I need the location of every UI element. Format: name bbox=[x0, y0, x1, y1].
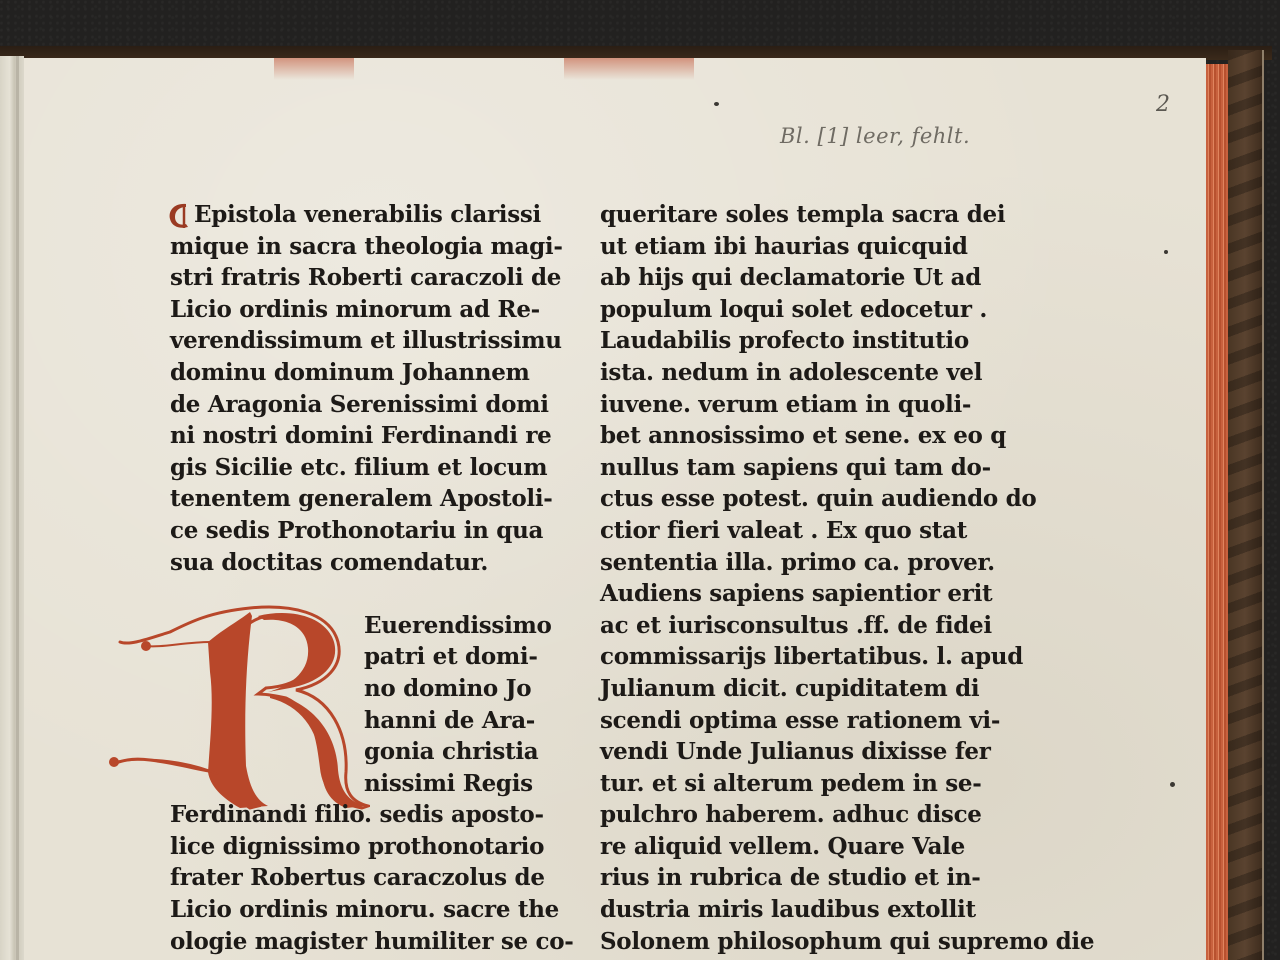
body-line: Audiens sapiens sapientior erit bbox=[600, 578, 1094, 610]
body-line: rius in rubrica de studio et in- bbox=[600, 862, 1094, 894]
body-line: lice dignissimo prothonotario bbox=[170, 831, 574, 863]
body-line: ctus esse potest. quin audiendo do bbox=[600, 483, 1094, 515]
body-line: frater Robertus caraczolus de bbox=[170, 862, 574, 894]
body-line: ctior fieri valeat . Ex quo stat bbox=[600, 515, 1094, 547]
body-line: bet annosissimo et sene. ex eo q bbox=[600, 420, 1094, 452]
heading-line: gis Sicilie etc. filium et locum bbox=[170, 452, 574, 484]
document-photo: 2 Bl. [1] leer, fehlt. Epistola venerabi… bbox=[0, 0, 1280, 960]
body-line: ista. nedum in adolescente vel bbox=[600, 357, 1094, 389]
ink-speck bbox=[714, 102, 719, 106]
body-line: sententia illa. primo ca. prover. bbox=[600, 547, 1094, 579]
heading-line: tenentem generalem Apostoli- bbox=[170, 483, 574, 515]
body-line: dustria miris laudibus extollit bbox=[600, 894, 1094, 926]
facing-page-edge bbox=[0, 56, 24, 960]
body-line: hanni de Ara- bbox=[170, 705, 574, 737]
right-text-column: queritare soles templa sacra dei ut etia… bbox=[600, 199, 1094, 957]
body-line: re aliquid vellem. Quare Vale bbox=[600, 831, 1094, 863]
body-line: commissarijs libertatibus. l. apud bbox=[600, 641, 1094, 673]
body-line: vendi Unde Julianus dixisse fer bbox=[600, 736, 1094, 768]
body-line: populum loqui solet edocetur . bbox=[600, 294, 1094, 326]
red-edge-stain bbox=[274, 58, 354, 80]
ink-speck bbox=[1170, 782, 1175, 787]
red-edge-stain bbox=[564, 58, 694, 80]
body-line: tur. et si alterum pedem in se- bbox=[600, 768, 1094, 800]
ink-speck bbox=[1164, 250, 1168, 254]
body-line: nullus tam sapiens qui tam do- bbox=[600, 452, 1094, 484]
heading-line: ni nostri domini Ferdinandi re bbox=[170, 420, 574, 452]
pencil-annotation: Bl. [1] leer, fehlt. bbox=[780, 124, 970, 148]
heading-line: Licio ordinis minorum ad Re- bbox=[170, 294, 574, 326]
heading-line: verendissimum et illustrissimu bbox=[170, 325, 574, 357]
heading-line: ce sedis Prothonotariu in qua bbox=[170, 515, 574, 547]
body-line: Solonem philosophum qui supremo die bbox=[600, 926, 1094, 958]
body-line: gonia christia bbox=[170, 736, 574, 768]
body-line: patri et domi- bbox=[170, 641, 574, 673]
heading-line: stri fratris Roberti caraczoli de bbox=[170, 262, 574, 294]
body-line: ut etiam ibi haurias quicquid bbox=[600, 231, 1094, 263]
body-line: ac et iurisconsultus .ff. de fidei bbox=[600, 610, 1094, 642]
body-line: iuvene. verum etiam in quoli- bbox=[600, 389, 1094, 421]
red-page-edges bbox=[1206, 64, 1228, 960]
book-page: 2 Bl. [1] leer, fehlt. Epistola venerabi… bbox=[24, 58, 1206, 960]
body-line: nissimi Regis bbox=[170, 768, 574, 800]
body-line: Euerendissimo bbox=[170, 610, 574, 642]
body-line: ab hijs qui declamatorie Ut ad bbox=[600, 262, 1094, 294]
body-line: Ferdinandi filio. sedis aposto- bbox=[170, 799, 574, 831]
heading-line: mique in sacra theologia magi- bbox=[170, 231, 574, 263]
folio-number: 2 bbox=[1156, 92, 1170, 117]
body-line: queritare soles templa sacra dei bbox=[600, 199, 1094, 231]
book-binding-right bbox=[1228, 50, 1264, 960]
body-line: Julianum dicit. cupiditatem di bbox=[600, 673, 1094, 705]
body-line: no domino Jo bbox=[170, 673, 574, 705]
heading-line: dominu dominum Johannem bbox=[170, 357, 574, 389]
body-line: scendi optima esse rationem vi- bbox=[600, 705, 1094, 737]
body-line: ologie magister humiliter se co- bbox=[170, 926, 574, 958]
body-line: pulchro haberem. adhuc disce bbox=[600, 799, 1094, 831]
heading-line: sua doctitas comendatur. bbox=[170, 547, 574, 579]
heading-line: Epistola venerabilis clarissi bbox=[170, 199, 574, 231]
left-text-column: Epistola venerabilis clarissi mique in s… bbox=[170, 199, 574, 957]
body-line: Laudabilis profecto institutio bbox=[600, 325, 1094, 357]
blank-line bbox=[170, 578, 574, 610]
heading-line: de Aragonia Serenissimi domi bbox=[170, 389, 574, 421]
body-line: Licio ordinis minoru. sacre the bbox=[170, 894, 574, 926]
